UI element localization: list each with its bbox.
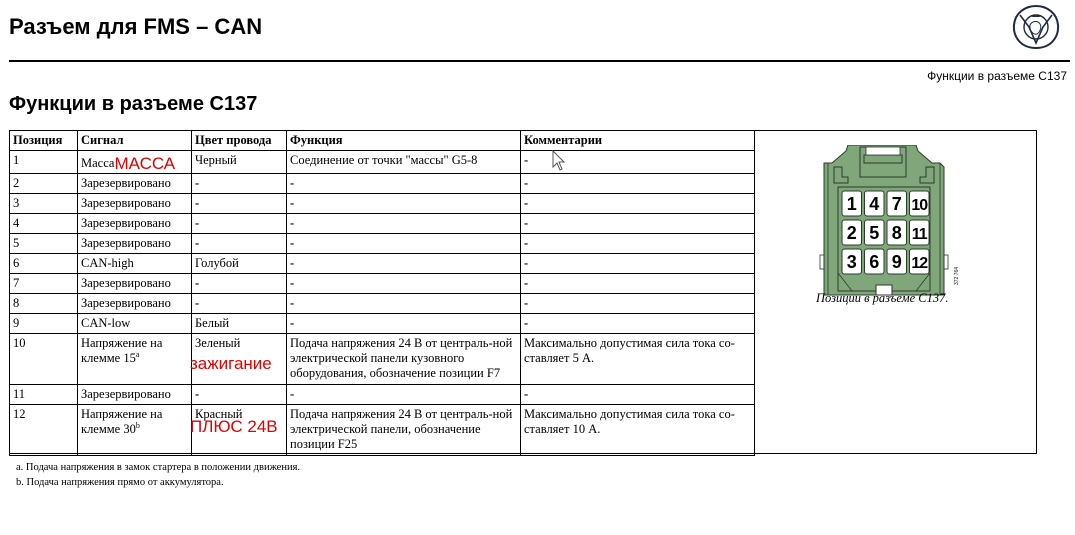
cell-function: -	[287, 314, 521, 334]
cell-wire-color: Зеленыйзажигание	[192, 334, 287, 385]
cell-wire-color: Черный	[192, 151, 287, 174]
cell-position: 2	[10, 174, 78, 194]
cell-function: Соединение от точки "массы" G5-8	[287, 151, 521, 174]
cell-position: 4	[10, 214, 78, 234]
cell-function: -	[287, 234, 521, 254]
footnote-a: a. Подача напряжения в замок стартера в …	[16, 460, 300, 475]
cell-signal: МассаМАССА	[78, 151, 192, 174]
pin-number: 1	[847, 194, 857, 214]
cell-wire-color: -	[192, 294, 287, 314]
cell-comment: Максимально допустимая сила тока со-став…	[521, 334, 755, 385]
cell-signal: Зарезервировано	[78, 234, 192, 254]
column-header-function: Функция	[287, 131, 521, 151]
cell-signal: Зарезервировано	[78, 385, 192, 405]
cell-function: Подача напряжения 24 В от централь-ной э…	[287, 405, 521, 456]
cell-wire-color: -	[192, 194, 287, 214]
pin-number: 11	[912, 226, 928, 243]
pin-number: 9	[892, 252, 902, 272]
cell-wire-color: -	[192, 174, 287, 194]
cell-function: -	[287, 385, 521, 405]
cell-position: 10	[10, 334, 78, 385]
cell-comment: -	[521, 234, 755, 254]
cell-signal: Зарезервировано	[78, 194, 192, 214]
signal-text: Напряжение на клемме 15	[81, 336, 162, 365]
cell-signal: CAN-high	[78, 254, 192, 274]
signal-text: Масса	[81, 156, 114, 170]
cell-signal: CAN-low	[78, 314, 192, 334]
footnote-b: b. Подача напряжения прямо от аккумулято…	[16, 475, 300, 490]
table-row: 7 Зарезервировано - - -	[10, 274, 755, 294]
column-header-wire-color: Цвет провода	[192, 131, 287, 151]
cell-comment: -	[521, 294, 755, 314]
table-row: 1 МассаМАССА Черный Соединение от точки …	[10, 151, 755, 174]
footnote-marker: b	[136, 421, 140, 430]
running-head: Функции в разъеме C137	[927, 69, 1067, 83]
pin-number: 10	[911, 197, 928, 214]
cell-wire-color: Белый	[192, 314, 287, 334]
pin-number: 5	[869, 223, 879, 243]
figure-code: 372 764	[954, 267, 960, 285]
table-row: 11 Зарезервировано - - -	[10, 385, 755, 405]
pin-number: 4	[869, 194, 879, 214]
cell-position: 12	[10, 405, 78, 456]
cell-comment: Максимально допустимая сила тока со-став…	[521, 405, 755, 456]
red-annotation-ignition: зажигание	[190, 355, 272, 372]
cell-function: -	[287, 254, 521, 274]
section-title: Функции в разъеме C137	[9, 93, 257, 116]
table-row: 9 CAN-low Белый - -	[10, 314, 755, 334]
cell-position: 1	[10, 151, 78, 174]
cell-position: 3	[10, 194, 78, 214]
cell-comment: -	[521, 254, 755, 274]
cell-signal: Напряжение на клемме 15a	[78, 334, 192, 385]
cell-function: Подача напряжения 24 В от централь-ной э…	[287, 334, 521, 385]
cell-position: 9	[10, 314, 78, 334]
table-row: 10 Напряжение на клемме 15a Зеленыйзажиг…	[10, 334, 755, 385]
figure-caption: Позиции в разъеме C137.	[816, 291, 948, 306]
pin-number: 8	[892, 223, 902, 243]
cell-function: -	[287, 194, 521, 214]
table-row: 6 CAN-high Голубой - -	[10, 254, 755, 274]
table-row: 5 Зарезервировано - - -	[10, 234, 755, 254]
cell-function: -	[287, 274, 521, 294]
cell-wire-color: Голубой	[192, 254, 287, 274]
cell-signal: Зарезервировано	[78, 294, 192, 314]
cell-signal: Зарезервировано	[78, 274, 192, 294]
column-header-position: Позиция	[10, 131, 78, 151]
cell-comment: -	[521, 274, 755, 294]
signal-text: Напряжение на клемме 30	[81, 407, 162, 436]
header-rule	[9, 60, 1070, 62]
column-header-comments: Комментарии	[521, 131, 755, 151]
red-annotation-plus-24v: ПЛЮС 24В	[190, 418, 278, 435]
table-row: 4 Зарезервировано - - -	[10, 214, 755, 234]
cell-function: -	[287, 294, 521, 314]
table-row: 8 Зарезервировано - - -	[10, 294, 755, 314]
pin-number: 3	[847, 252, 857, 272]
cell-signal: Зарезервировано	[78, 214, 192, 234]
scania-logo-icon	[1011, 3, 1061, 51]
table-header-row: Позиция Сигнал Цвет провода Функция Комм…	[10, 131, 755, 151]
cell-function: -	[287, 174, 521, 194]
cell-comment: -	[521, 194, 755, 214]
cell-position: 8	[10, 294, 78, 314]
cell-comment: -	[521, 174, 755, 194]
mouse-cursor-icon	[552, 150, 566, 172]
cell-signal: Зарезервировано	[78, 174, 192, 194]
pin-number: 2	[847, 223, 857, 243]
red-annotation-ground: МАССА	[114, 154, 175, 173]
cell-position: 5	[10, 234, 78, 254]
pin-number: 6	[869, 252, 879, 272]
cell-wire-color: -	[192, 214, 287, 234]
cell-comment: -	[521, 314, 755, 334]
table-row: 3 Зарезервировано - - -	[10, 194, 755, 214]
cell-function: -	[287, 214, 521, 234]
cell-position: 7	[10, 274, 78, 294]
document-title: Разъем для FMS – CAN	[9, 14, 262, 40]
pin-number: 7	[892, 194, 902, 214]
table-row: 12 Напряжение на клемме 30b КрасныйПЛЮС …	[10, 405, 755, 456]
table-row: 2 Зарезервировано - - -	[10, 174, 755, 194]
cell-wire-color: -	[192, 385, 287, 405]
footnotes: a. Подача напряжения в замок стартера в …	[16, 460, 300, 490]
cell-position: 11	[10, 385, 78, 405]
wire-color-text: Зеленый	[195, 336, 240, 350]
cell-comment: -	[521, 214, 755, 234]
connector-c137-diagram: 147102581136912 372 764	[812, 145, 987, 310]
pin-function-table: Позиция Сигнал Цвет провода Функция Комм…	[9, 130, 755, 456]
cell-wire-color: КрасныйПЛЮС 24В	[192, 405, 287, 456]
footnote-marker: a	[136, 350, 140, 359]
cell-wire-color: -	[192, 274, 287, 294]
column-header-signal: Сигнал	[78, 131, 192, 151]
cell-comment: -	[521, 385, 755, 405]
cell-wire-color: -	[192, 234, 287, 254]
cell-signal: Напряжение на клемме 30b	[78, 405, 192, 456]
pin-number: 12	[911, 255, 928, 272]
cell-position: 6	[10, 254, 78, 274]
